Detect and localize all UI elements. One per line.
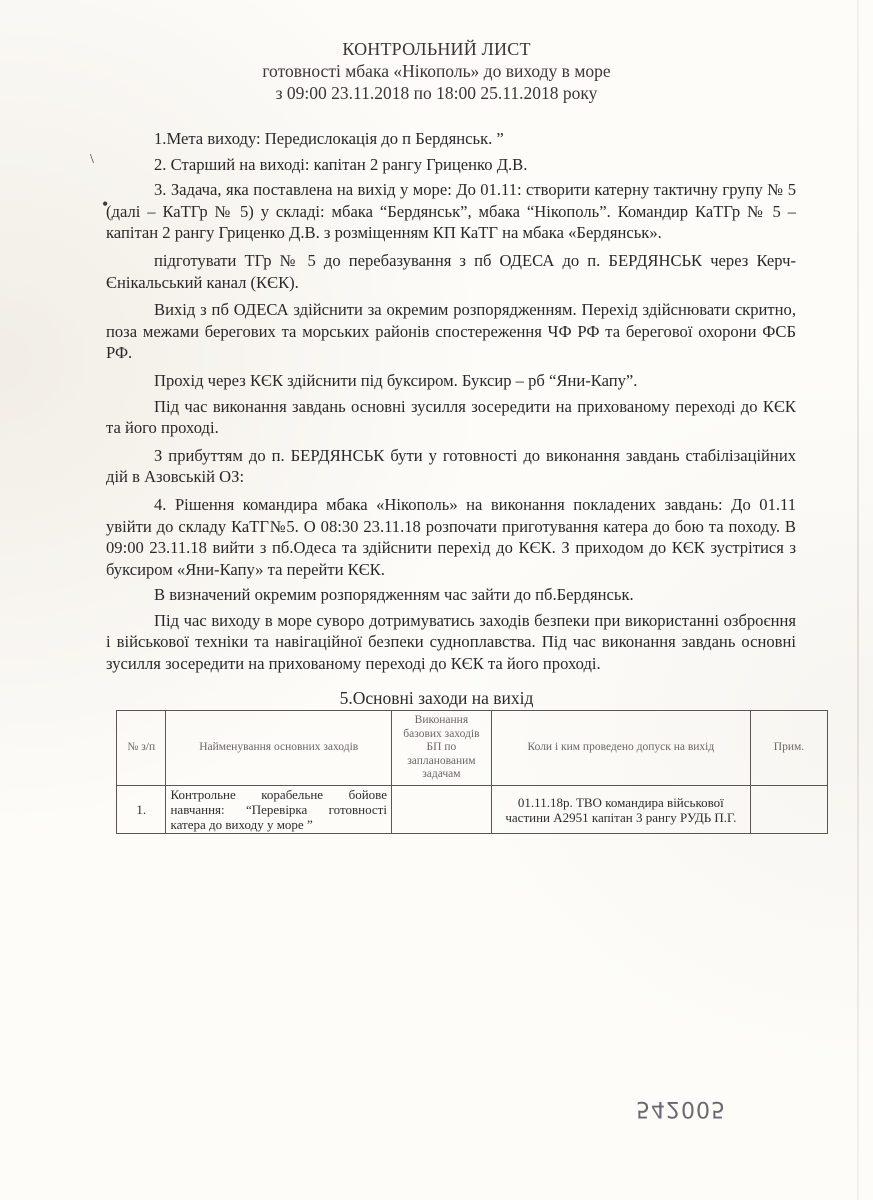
paragraph-senior: 2. Старший на виході: капітан 2 рангу Гр… [106,154,796,176]
pen-mark: \ [90,152,94,168]
section-5-title: 5.Основні заходи на вихід [0,688,873,709]
table-row: 1. Контрольне корабельне бойове навчання… [117,786,828,834]
col-header-measure-name: Найменування основних заходів [166,711,392,786]
handwritten-number: 542005 [636,1096,726,1121]
document-title: КОНТРОЛЬНИЙ ЛИСТ [0,38,873,60]
document-period: з 09:00 23.11.2018 по 18:00 25.11.2018 р… [0,82,873,104]
paragraph-task: 3. Задача, яка поставлена на вихід у мор… [106,179,796,244]
paragraph-purpose: 1.Мета виходу: Передислокація до п Бердя… [106,128,796,150]
paragraph-focus: Під час виконання завдань основні зусилл… [106,396,796,439]
document-body: 1.Мета виходу: Передислокація до п Бердя… [106,128,796,675]
cell-note [750,786,827,834]
cell-base-measures [391,786,491,834]
col-header-base-measures: Виконання базових заходів БП по запланов… [391,711,491,786]
paragraph-arrival: З прибуттям до п. БЕРДЯНСЬК бути у готов… [106,445,796,488]
document-header: КОНТРОЛЬНИЙ ЛИСТ готовності мбака «Нікоп… [0,38,873,104]
measures-table: № з/п Найменування основних заходів Вико… [116,710,828,834]
col-header-clearance: Коли і ким проведено допуск на вихід [491,711,750,786]
col-header-number: № з/п [117,711,166,786]
paper-edge-shadow [857,0,859,1200]
col-header-note: Прим. [750,711,827,786]
document-subtitle: готовності мбака «Нікополь» до виходу в … [0,60,873,82]
cell-number: 1. [117,786,166,834]
paragraph-decision: 4. Рішення командира мбака «Нікополь» на… [106,494,796,580]
paragraph-departure: Вихід з пб ОДЕСА здійснити за окремим ро… [106,299,796,364]
table-header-row: № з/п Найменування основних заходів Вико… [117,711,828,786]
paragraph-tug: Прохід через КЄК здійснити під буксиром.… [106,370,796,392]
paragraph-safety: Під час виходу в море суворо дотримувати… [106,610,796,675]
paragraph-prepare: підготувати ТГр № 5 до перебазування з п… [106,250,796,293]
cell-measure-name: Контрольне корабельне бойове навчання: “… [166,786,392,834]
cell-clearance: 01.11.18р. ТВО командира військової част… [491,786,750,834]
paragraph-entry: В визначений окремим розпорядженням час … [106,584,796,606]
